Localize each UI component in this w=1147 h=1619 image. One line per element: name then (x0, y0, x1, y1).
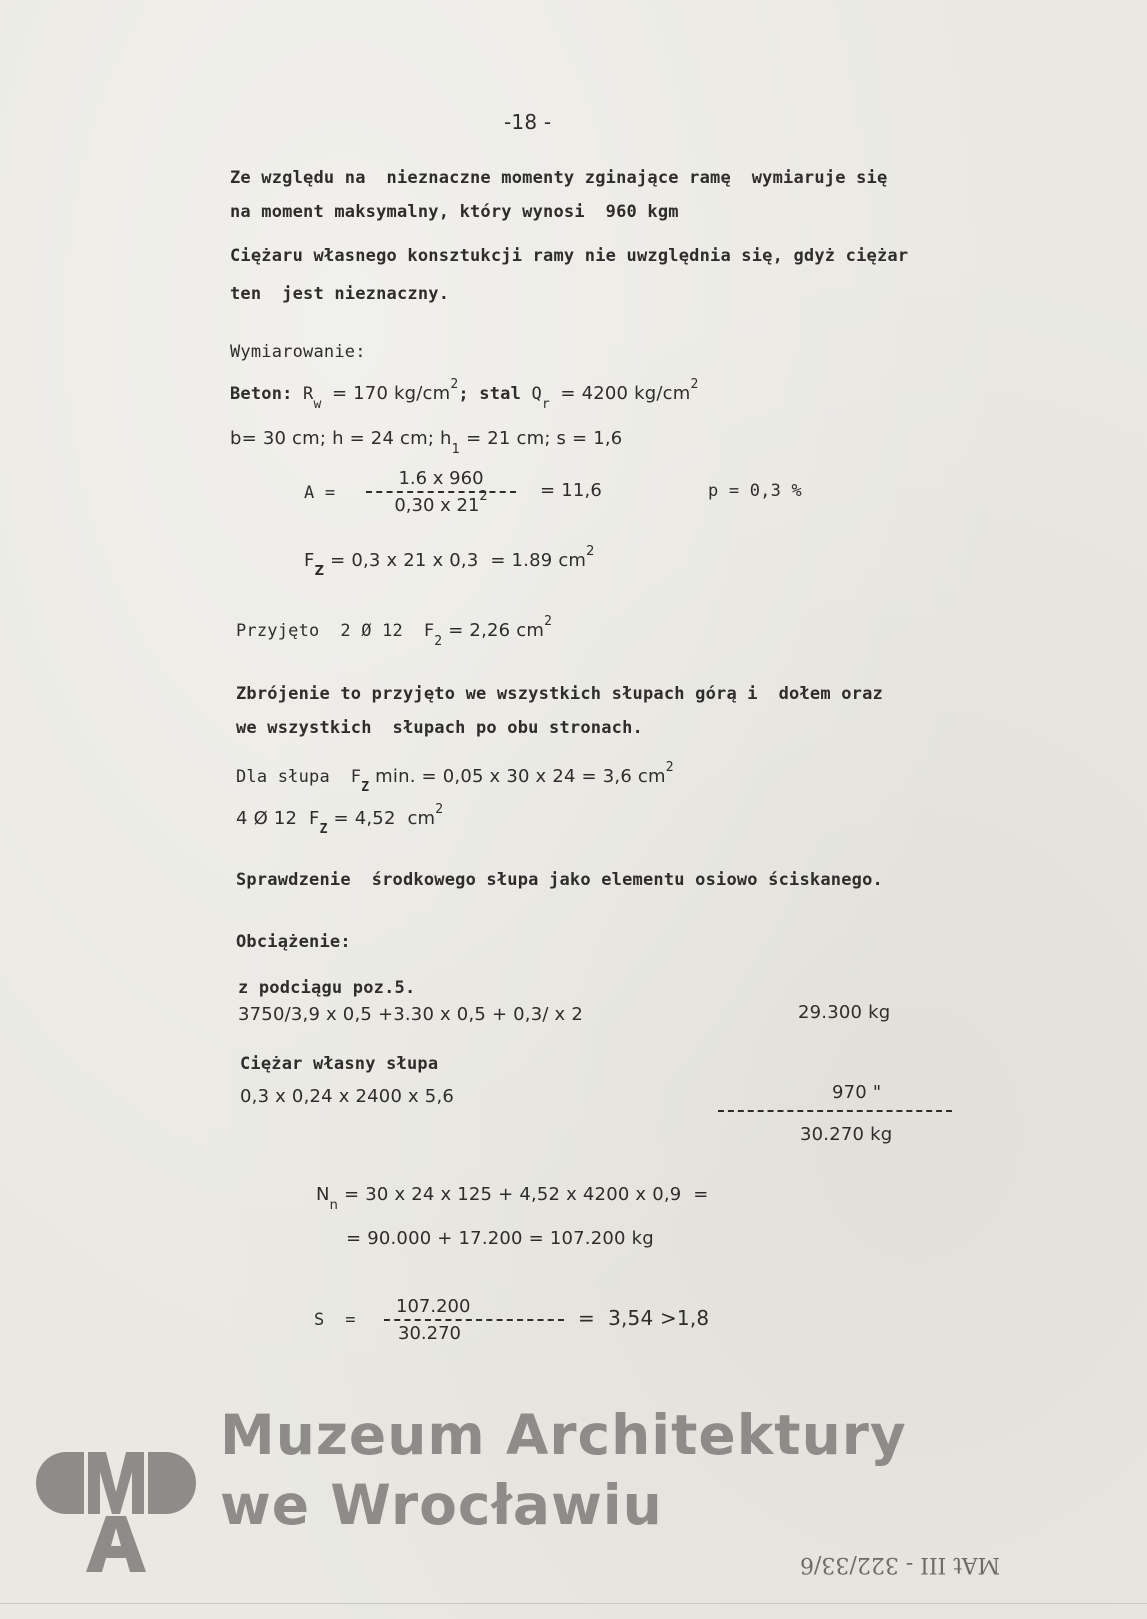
sup: 2 (479, 489, 487, 504)
dims-rest: = 21 cm; s = 1,6 (460, 428, 622, 449)
Nn-sub: n (330, 1198, 338, 1213)
check-heading: Sprawdzenie środkowego słupa jako elemen… (236, 870, 883, 890)
A-result: = 11,6 (540, 480, 602, 501)
bars-reinforcement: 4 Ø 12 FZ = 4,52 cm2 (236, 808, 443, 830)
Fz-expr: = 0,3 x 21 x 0,3 = 1.89 cm (324, 550, 586, 571)
Fz-expression: FZ = 0,3 x 21 x 0,3 = 1.89 cm2 (304, 550, 595, 572)
document-page: -18 - Ze względu na nieznaczne momenty z… (0, 0, 1147, 1619)
paragraph1-line1: Ze względu na nieznaczne momenty zginają… (230, 168, 887, 188)
h1-sub: 1 (452, 442, 460, 457)
bars-label: 4 Ø 12 F (236, 808, 320, 829)
section-dimensions: b= 30 cm; h = 24 cm; h1 = 21 cm; s = 1,6 (230, 428, 622, 450)
reinforcement-line2: we wszystkich słupach po obu stronach. (236, 718, 643, 738)
A-denominator: 0,30 x 21 (394, 495, 479, 516)
qr-value: = 4200 kg/cm (560, 383, 690, 404)
S-denominator: 30.270 (384, 1323, 564, 1344)
sup: 2 (435, 802, 443, 817)
material-strengths: Beton: Rw = 170 kg/cm2; stal Qr = 4200 k… (230, 383, 699, 405)
museum-logo-icon (36, 1452, 196, 1572)
fraction-line (384, 1319, 564, 1321)
dimensioning-heading: Wymiarowanie: (230, 342, 366, 362)
girder-value: 29.300 kg (798, 1002, 890, 1023)
scan-edge-line (0, 1603, 1147, 1604)
paragraph2-line1: Ciężaru własnego konsztukcji ramy nie uw… (230, 246, 908, 266)
rw-value: = 170 kg/cm (332, 383, 450, 404)
S-result: = 3,54 >1,8 (578, 1306, 709, 1330)
inventory-note: MAt III - 322/33/6 (800, 1552, 1000, 1577)
sup: 2 (690, 377, 698, 392)
selfweight-label: Ciężar własny słupa (240, 1054, 438, 1074)
paragraph1-line2: na moment maksymalny, który wynosi 960 k… (230, 202, 679, 222)
selfweight-value: 970 " (832, 1082, 881, 1103)
S-fraction: 107.200 30.270 (384, 1296, 564, 1344)
sum-line (718, 1110, 952, 1112)
Nn-symbol: N (316, 1184, 330, 1205)
A-fraction: 1.6 x 960 0,30 x 212 (366, 468, 516, 516)
reinforcement-line1: Zbrójenie to przyjęto we wszystkich słup… (236, 684, 883, 704)
Nn-expr: = 30 x 24 x 125 + 4,52 x 4200 x 0,9 = (338, 1184, 708, 1205)
bars-value: = 4,52 cm (328, 808, 436, 829)
girder-expression: 3750/3,9 x 0,5 +3.30 x 0,5 + 0,3/ x 2 (238, 1004, 583, 1025)
min-expr: min. = 0,05 x 30 x 24 = 3,6 cm (369, 766, 666, 787)
qr-sub: r (542, 397, 550, 412)
Fz-sub: Z (315, 564, 325, 579)
load-heading: Obciążenie: (236, 932, 351, 952)
selfweight-expression: 0,3 x 0,24 x 2400 x 5,6 (240, 1086, 454, 1107)
Nn-expression: Nn = 30 x 24 x 125 + 4,52 x 4200 x 0,9 = (316, 1184, 709, 1206)
accepted-label: Przyjęto 2 Ø 12 F (236, 621, 434, 641)
paragraph2-line2: ten jest nieznaczny. (230, 284, 449, 304)
rw-symbol: R (303, 384, 313, 404)
accepted-value: = 2,26 cm (442, 620, 544, 641)
S-numerator: 107.200 (384, 1296, 564, 1317)
Nn-result: = 90.000 + 17.200 = 107.200 kg (346, 1228, 654, 1249)
rw-sub: w (313, 397, 321, 412)
watermark-line1: Muzeum Architektury (220, 1408, 907, 1463)
S-label: S = (314, 1310, 356, 1330)
fraction-line (366, 491, 516, 493)
A-numerator: 1.6 x 960 (366, 468, 516, 489)
dims-text: b= 30 cm; h = 24 cm; h (230, 428, 452, 449)
steel-label: ; stal (458, 384, 521, 404)
qr-symbol: Q (531, 384, 541, 404)
min-reinforcement: Dla słupa FZ min. = 0,05 x 30 x 24 = 3,6… (236, 766, 674, 788)
accepted-reinforcement: Przyjęto 2 Ø 12 F2 = 2,26 cm2 (236, 620, 552, 642)
page-number: -18 - (504, 110, 551, 134)
watermark-line2: we Wrocławiu (220, 1478, 663, 1533)
sup: 2 (666, 760, 674, 775)
Fz-label: F (304, 550, 315, 571)
beton-label: Beton: (230, 384, 293, 404)
girder-label: z podciągu poz.5. (238, 978, 415, 998)
min-label: Dla słupa F (236, 767, 361, 787)
A-label: A = (304, 483, 335, 503)
p-value: p = 0,3 % (708, 481, 802, 501)
sup: 2 (544, 614, 552, 629)
sup: 2 (586, 544, 594, 559)
bars-sub: Z (320, 822, 328, 837)
total-value: 30.270 kg (800, 1124, 892, 1145)
